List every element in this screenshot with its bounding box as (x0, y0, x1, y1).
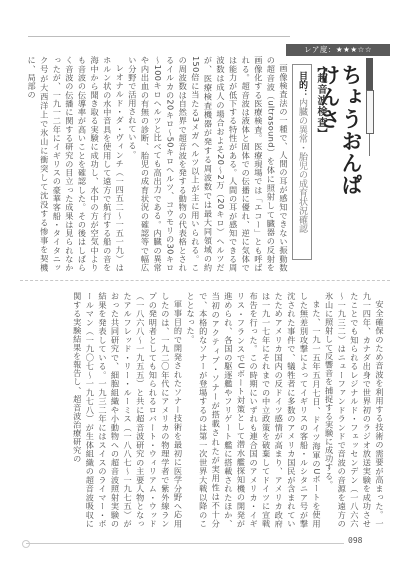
section-divider (20, 280, 390, 281)
title-reading-part1: ちょうおんぱ (339, 64, 363, 196)
footer-rule (26, 543, 344, 544)
body-text-bottom: 安全確保のため音波を利用する技術の需要が高まった。一九一四年、カナダ出身で世界初… (26, 292, 386, 528)
paragraph: 画像検査法の一種で、人間の耳が感知できない振動数の超音波（ultrasound）… (126, 56, 290, 272)
page-number: 098 (348, 536, 362, 545)
kanji-name: 【超音波検査】 (313, 62, 328, 139)
paragraph: 安全確保のため音波を利用する技術の需要が高まった。一九一四年、カナダ出身で世界初… (323, 292, 386, 528)
paragraph: 軍事目的で開発されたソナー技術を最初に医学分野へ応用したのは、一九二〇年代にアメ… (71, 292, 184, 528)
footer-dot (22, 540, 30, 548)
top-rule (28, 36, 290, 37)
purpose-label: 目的： (297, 71, 307, 98)
syringe-icon (365, 58, 374, 154)
body-text-top: 画像検査法の一種で、人間の耳が感知できない振動数の超音波（ultrasound）… (28, 56, 290, 272)
rarity-badge: レア度：★★★☆☆ (286, 44, 390, 56)
paragraph: レオナルド・ダ・ヴィンチ（一四五二～一五一九）はホルン状の水中音具を使用して遠方… (26, 56, 127, 272)
entry-header: レア度：★★★☆☆ ちょうおんぱけんさ 【超音波検査】 目的：内臓の異常・胎児の… (286, 38, 390, 264)
paragraph: また、一九一五年五月七日、ドイツ海軍のUボートを使用した無差別攻撃によってイギリ… (185, 292, 324, 528)
purpose-text: 内臓の異常・胎児の成育状況確認 (297, 98, 307, 233)
purpose-box: 目的：内臓の異常・胎児の成育状況確認 (292, 64, 312, 260)
